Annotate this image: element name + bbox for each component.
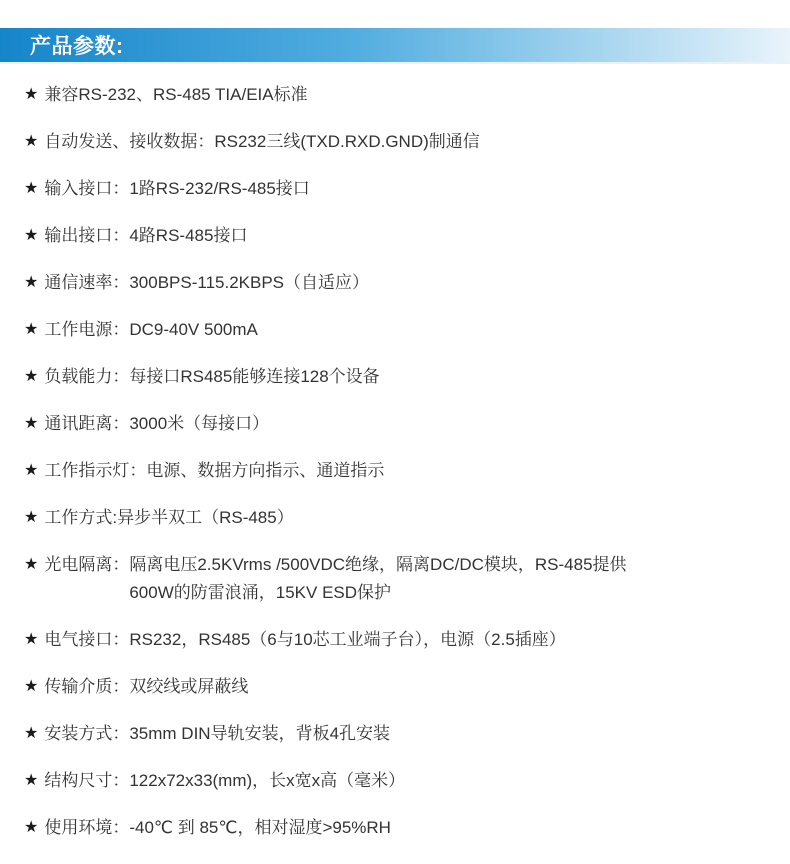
spec-label: 工作指示灯： [44,457,146,485]
spec-value: 隔离电压2.5KVrms /500VDC绝缘，隔离DC/DC模块，RS-485提… [129,551,762,607]
spec-value: 双绞线或屏蔽线 [129,673,762,701]
spec-item-power-supply: ★ 工作电源： DC9-40V 500mA [24,316,762,344]
star-bullet-icon: ★ [24,626,38,654]
star-bullet-icon: ★ [24,128,38,156]
spec-value: 每接口RS485能够连接128个设备 [129,363,762,391]
star-bullet-icon: ★ [24,410,38,438]
spec-value: 4路RS-485接口 [129,222,762,250]
section-header: 产品参数: [0,28,790,64]
spec-list: ★ 兼容RS-232、RS-485 TIA/EIA标准 ★ 自动发送、接收数据：… [0,64,790,842]
spec-label: 输入接口： [44,175,129,203]
spec-item-distance: ★ 通讯距离： 3000米（每接口） [24,410,762,438]
spec-value: 电源、数据方向指示、通道指示 [146,457,762,485]
spec-label: 自动发送、接收数据： [44,128,214,156]
spec-label: 工作电源： [44,316,129,344]
spec-item-auto-transfer: ★ 自动发送、接收数据： RS232三线(TXD.RXD.GND)制通信 [24,128,762,156]
star-bullet-icon: ★ [24,814,38,842]
spec-value: -40℃ 到 85℃，相对湿度>95%RH [129,814,762,842]
spec-item-mounting: ★ 安装方式： 35mm DIN导轨安装，背板4孔安装 [24,720,762,748]
star-bullet-icon: ★ [24,363,38,391]
spec-item-output-port: ★ 输出接口： 4路RS-485接口 [24,222,762,250]
spec-item-load-capacity: ★ 负载能力： 每接口RS485能够连接128个设备 [24,363,762,391]
spec-label: 安装方式： [44,720,129,748]
spec-value: DC9-40V 500mA [129,316,762,344]
star-bullet-icon: ★ [24,457,38,485]
spec-item-dimensions: ★ 结构尺寸： 122x72x33(mm)，长x宽x高（毫米） [24,767,762,795]
section-title: 产品参数: [30,30,124,60]
spec-value: RS232，RS485（6与10芯工业端子台），电源（2.5插座） [129,626,762,654]
spec-label: 光电隔离： [44,551,129,579]
spec-label: 工作方式: [44,504,117,532]
spec-value: 35mm DIN导轨安装，背板4孔安装 [129,720,762,748]
spec-item-environment: ★ 使用环境： -40℃ 到 85℃，相对湿度>95%RH [24,814,762,842]
spec-item-indicators: ★ 工作指示灯： 电源、数据方向指示、通道指示 [24,457,762,485]
spec-value: 122x72x33(mm)，长x宽x高（毫米） [129,767,762,795]
star-bullet-icon: ★ [24,316,38,344]
spec-value: 300BPS-115.2KBPS（自适应） [129,269,762,297]
spec-label: 使用环境： [44,814,129,842]
star-bullet-icon: ★ [24,673,38,701]
spec-item-electrical-interface: ★ 电气接口： RS232，RS485（6与10芯工业端子台），电源（2.5插座… [24,626,762,654]
spec-label: 兼容RS-232、RS-485 TIA/EIA标准 [44,81,307,109]
product-spec-page: 产品参数: ★ 兼容RS-232、RS-485 TIA/EIA标准 ★ 自动发送… [0,0,790,864]
spec-item-input-port: ★ 输入接口： 1路RS-232/RS-485接口 [24,175,762,203]
spec-label: 输出接口： [44,222,129,250]
spec-value: RS232三线(TXD.RXD.GND)制通信 [214,128,762,156]
star-bullet-icon: ★ [24,767,38,795]
star-bullet-icon: ★ [24,269,38,297]
spec-label: 通信速率： [44,269,129,297]
star-bullet-icon: ★ [24,551,38,579]
spec-value: 异步半双工（RS-485） [117,504,762,532]
spec-value: 1路RS-232/RS-485接口 [129,175,762,203]
spec-label: 通讯距离： [44,410,129,438]
spec-label: 结构尺寸： [44,767,129,795]
star-bullet-icon: ★ [24,81,38,109]
star-bullet-icon: ★ [24,720,38,748]
spec-item-medium: ★ 传输介质： 双绞线或屏蔽线 [24,673,762,701]
spec-item-work-mode: ★ 工作方式: 异步半双工（RS-485） [24,504,762,532]
spec-item-isolation: ★ 光电隔离： 隔离电压2.5KVrms /500VDC绝缘，隔离DC/DC模块… [24,551,762,607]
spec-item-compatibility: ★ 兼容RS-232、RS-485 TIA/EIA标准 [24,81,762,109]
spec-label: 传输介质： [44,673,129,701]
spec-label: 负载能力： [44,363,129,391]
spec-label: 电气接口： [44,626,129,654]
star-bullet-icon: ★ [24,175,38,203]
spec-value: 3000米（每接口） [129,410,762,438]
star-bullet-icon: ★ [24,504,38,532]
star-bullet-icon: ★ [24,222,38,250]
spec-item-baud-rate: ★ 通信速率： 300BPS-115.2KBPS（自适应） [24,269,762,297]
